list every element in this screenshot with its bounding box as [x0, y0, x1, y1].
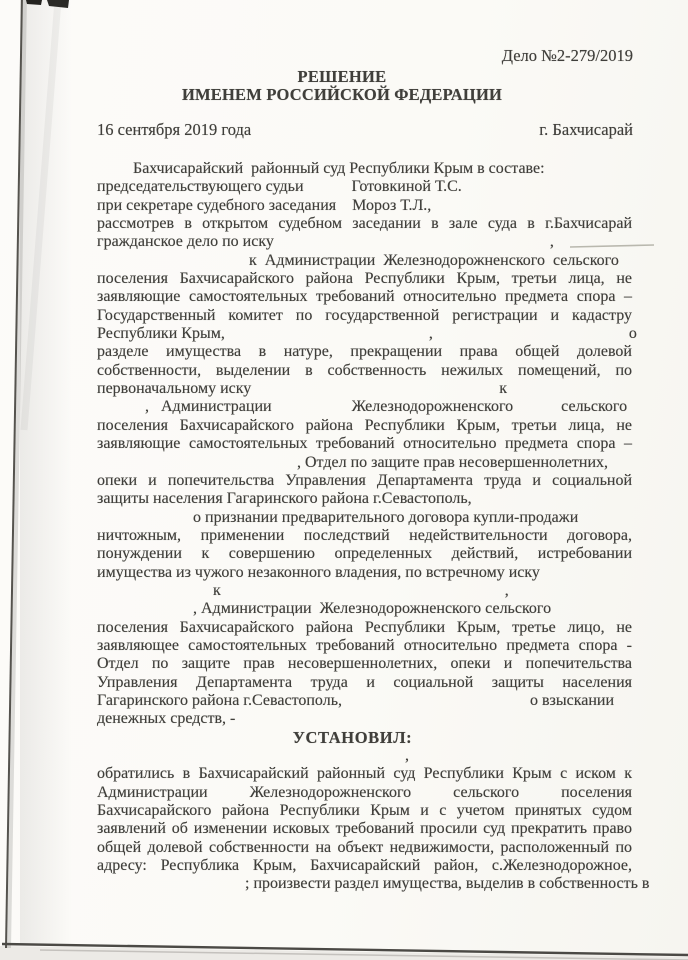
- text-line: опеки и попечительства Управления Департ…: [97, 472, 632, 490]
- text-line: Администрации Железнодорожненского сельс…: [97, 784, 632, 802]
- page-edge-left-soft: [9, 0, 25, 948]
- text-line: гражданское дело по иску ,: [97, 233, 632, 251]
- text-line: при секретаре судебного заседания Мороз …: [97, 197, 632, 215]
- text-line: поселения Бахчисарайского района Республ…: [97, 417, 632, 435]
- page-edge-left: [6, 0, 22, 948]
- text-line: о признании предварительного договора ку…: [97, 509, 632, 527]
- text-line: к ,: [97, 582, 632, 600]
- page-bottom-edge-soft: [40, 950, 688, 960]
- page-bottom-edge: [2, 944, 688, 955]
- text-line: поселения Бахчисарайского района Республ…: [97, 270, 632, 288]
- text-line: председательствующего судьи Готовкиной Т…: [97, 178, 632, 196]
- text-line: первоначальному иску к: [97, 380, 632, 398]
- scanner-background: [0, 946, 688, 960]
- text-line: заявляющее самостоятельных требований от…: [97, 637, 632, 655]
- document-page: Дело №2-279/2019 РЕШЕНИЕ ИМЕНЕМ РОССИЙСК…: [0, 0, 688, 960]
- text-line: Отдел по защите прав несовершеннолетних,…: [97, 655, 632, 673]
- document-subtitle: ИМЕНЕМ РОССИЙСКОЙ ФЕДЕРАЦИИ: [42, 85, 642, 105]
- text-line: заявлений об изменении исковых требовани…: [97, 820, 632, 838]
- text-line: , Отдел по защите прав несовершеннолетни…: [97, 454, 632, 472]
- scan-artifact-top-left: [26, 0, 42, 5]
- case-number: Дело №2-279/2019: [0, 46, 633, 66]
- text-line: общей долевой собственности на объект не…: [97, 839, 632, 857]
- document-title: РЕШЕНИЕ: [42, 67, 642, 87]
- page-curl-shading: [20, 0, 72, 945]
- established-heading: УСТАНОВИЛ:: [97, 729, 632, 747]
- scan-artifact-top-left: [47, 0, 69, 8]
- text-line: разделе имущества в натуре, прекращении …: [97, 343, 632, 361]
- date-row: 16 сентября 2019 года г. Бахчисарай: [97, 120, 633, 140]
- text-line: Бахчисарайский районный суд Республики К…: [97, 160, 632, 178]
- document-body: Бахчисарайский районный суд Республики К…: [97, 160, 632, 894]
- text-line: Государственный комитет по государственн…: [97, 307, 632, 325]
- text-line: обратились в Бахчисарайский районный суд…: [97, 765, 632, 783]
- text-line: рассмотрев в открытом судебном заседании…: [97, 215, 632, 233]
- text-line: Управления Департамента труда и социальн…: [97, 674, 632, 692]
- text-line: , Администрации Железнодорожненского сел…: [97, 398, 632, 416]
- text-line: понуждении к совершению определенных дей…: [97, 545, 632, 563]
- text-line: защиты населения Гагаринского района г.С…: [97, 490, 632, 508]
- text-line: заявляющие самостоятельных требований от…: [97, 435, 632, 453]
- text-line: ,: [97, 747, 632, 765]
- text-line: ничтожным, применении последствий недейс…: [97, 527, 632, 545]
- text-line: заявляющие самостоятельных требований от…: [97, 288, 632, 306]
- text-line: имущества из чужого незаконного владения…: [97, 564, 632, 582]
- text-line: Республики Крым, , о: [97, 325, 632, 343]
- text-line: ; произвести раздел имущества, выделив в…: [97, 875, 632, 893]
- text-line: собственности, выделении в собственность…: [97, 362, 632, 380]
- decision-date: 16 сентября 2019 года: [97, 120, 251, 140]
- text-line: адресу: Республика Крым, Бахчисарайский …: [97, 857, 632, 875]
- text-line: к Администрации Железнодорожненского сел…: [97, 252, 632, 270]
- text-line: поселения Бахчисарайского района Республ…: [97, 619, 632, 637]
- text-line: денежных средств, -: [97, 710, 632, 728]
- text-line: Гагаринского района г.Севастополь, о взы…: [97, 692, 632, 710]
- decision-city: г. Бахчисарай: [539, 120, 633, 140]
- text-line: , Администрации Железнодорожненского сел…: [97, 600, 632, 618]
- text-line: Бахчисарайского района Республики Крым и…: [97, 802, 632, 820]
